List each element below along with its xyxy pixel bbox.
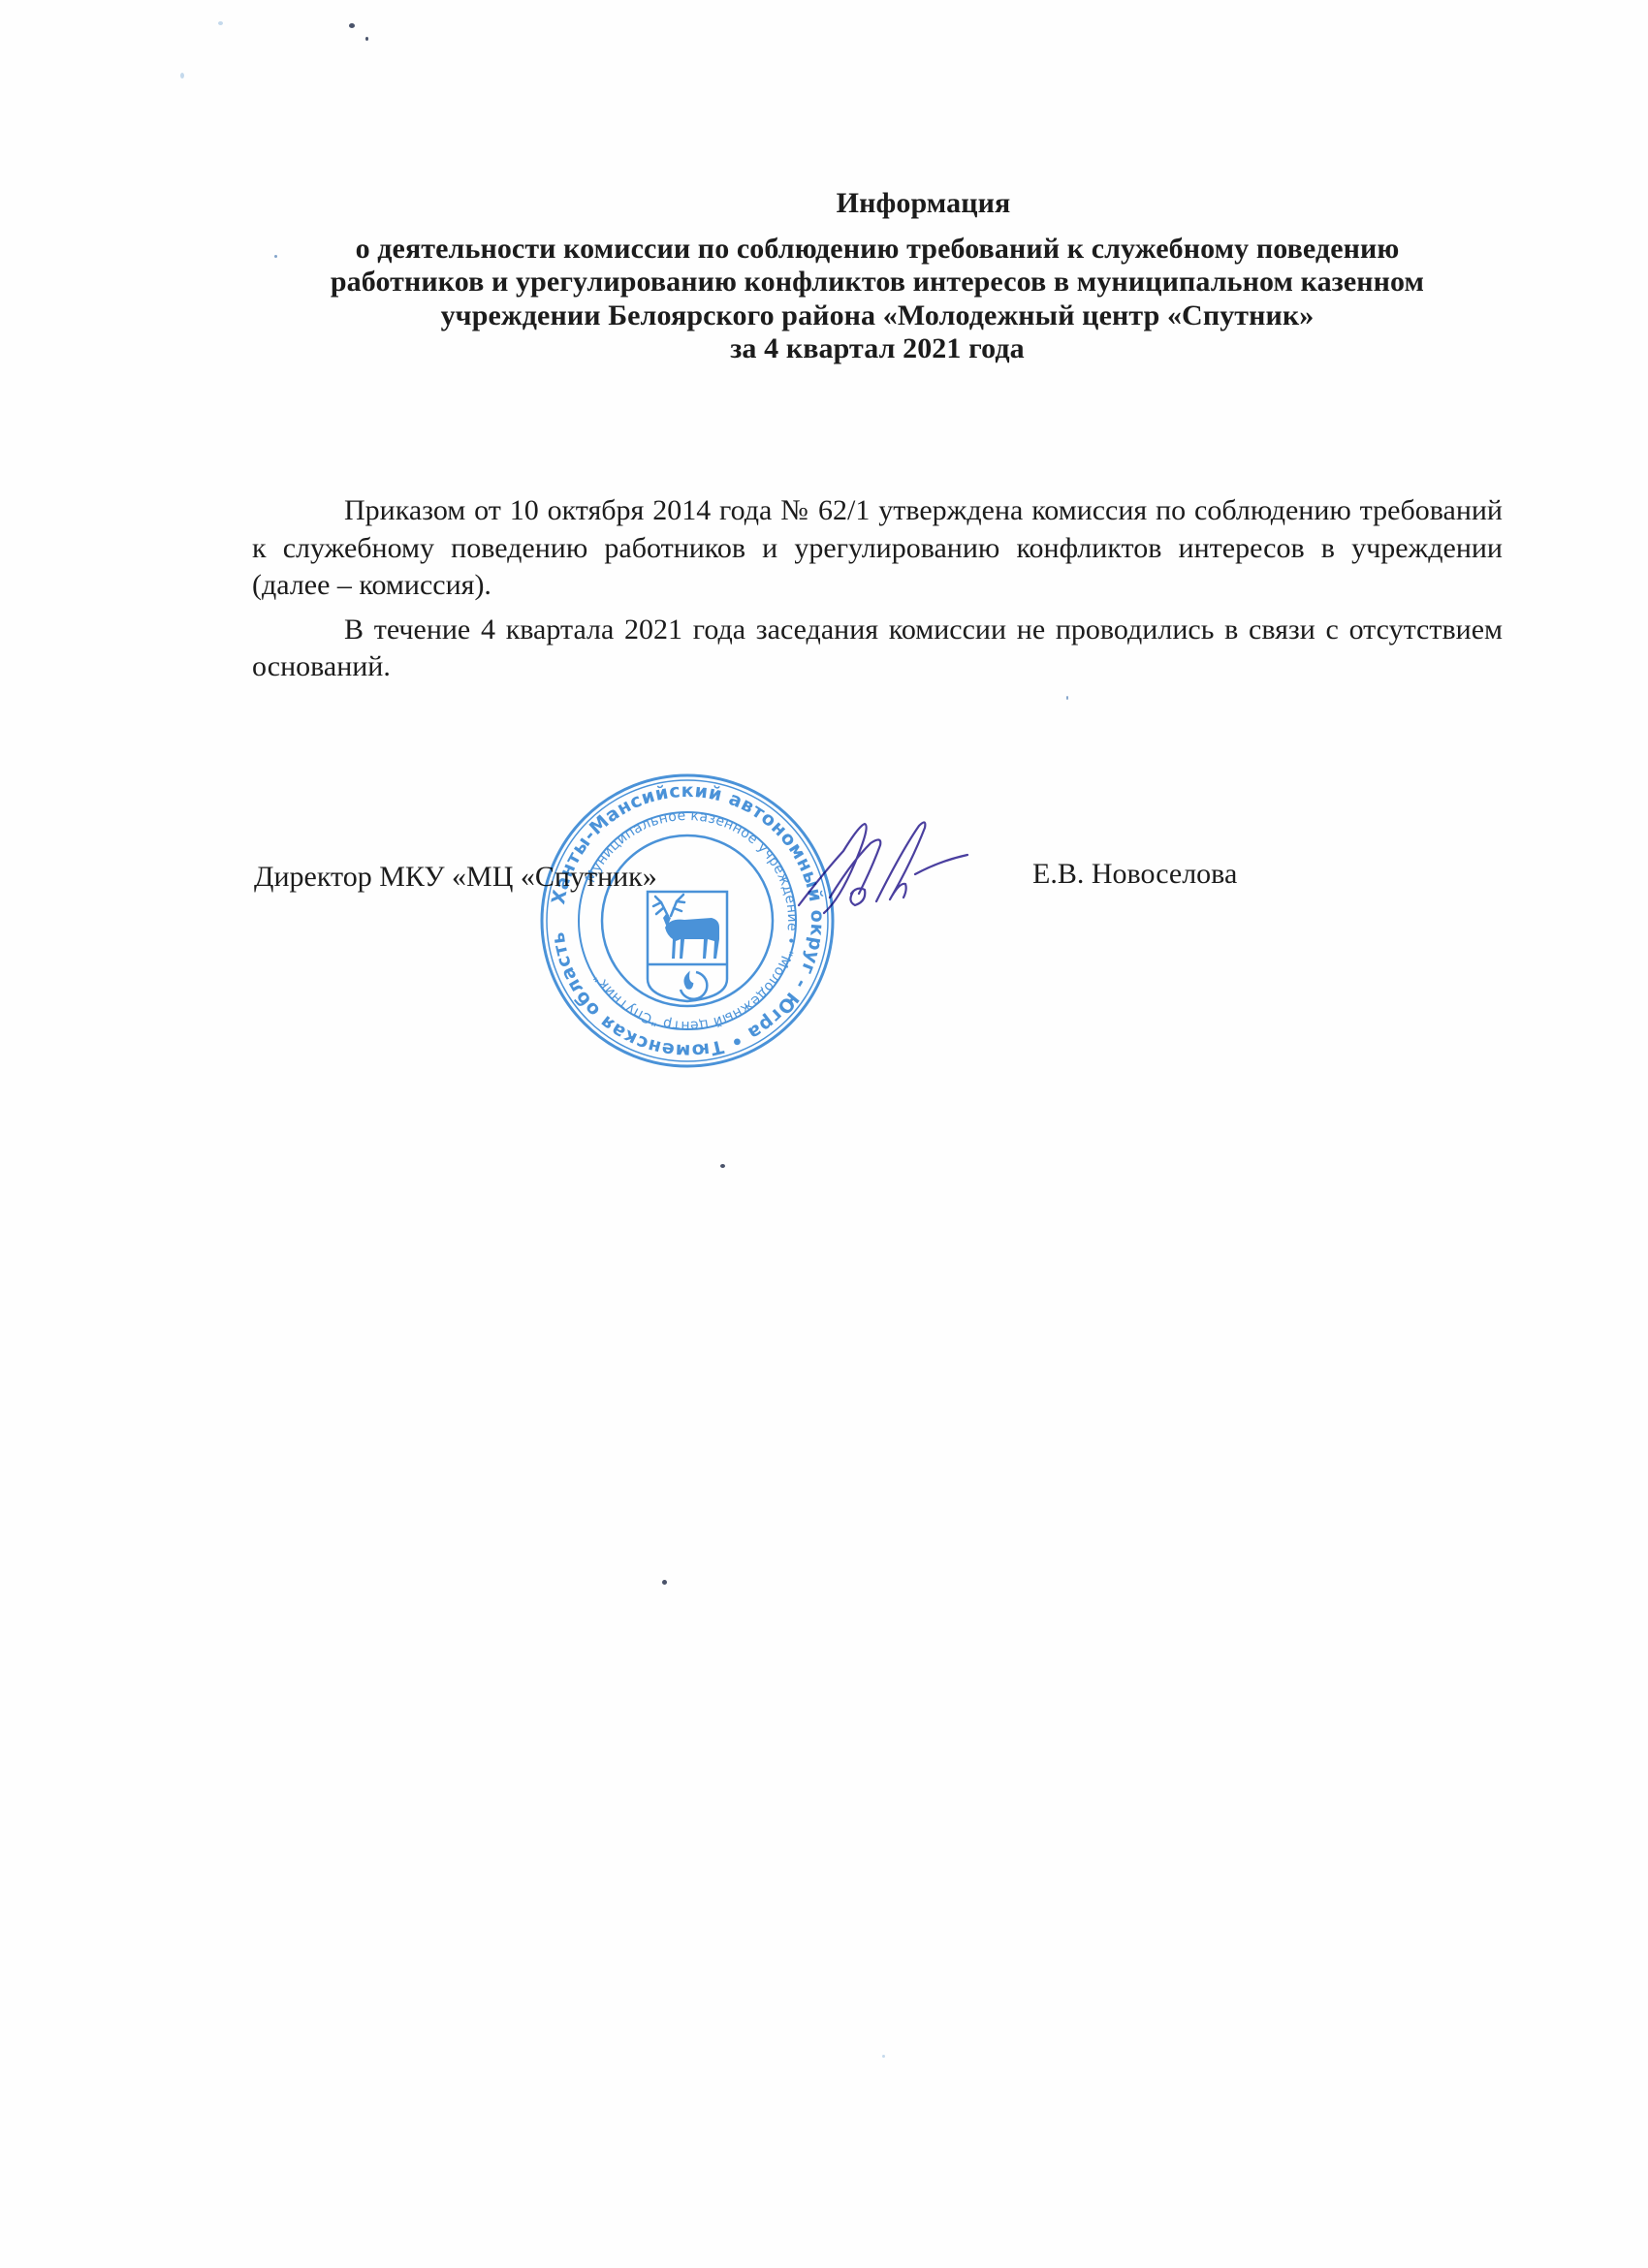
scan-speck <box>349 23 355 28</box>
body-paragraph: Приказом от 10 октября 2014 года № 62/1 … <box>252 492 1503 605</box>
official-stamp-icon: Ханты-Мансийский автономный округ - Югра… <box>539 772 836 1069</box>
title-line: работников и урегулированию конфликтов и… <box>252 266 1503 299</box>
document-title: Информация о деятельности комиссии по со… <box>252 187 1503 366</box>
document-body: Приказом от 10 октября 2014 года № 62/1 … <box>252 492 1503 686</box>
scan-speck <box>180 73 184 79</box>
body-paragraph: В течение 4 квартала 2021 года заседания… <box>252 612 1503 686</box>
scan-speck <box>218 21 223 25</box>
scan-speck <box>365 37 368 41</box>
title-line: за 4 квартал 2021 года <box>252 332 1503 366</box>
document-page: Информация о деятельности комиссии по со… <box>0 0 1648 2268</box>
handwritten-signature-icon <box>795 804 989 930</box>
signatory-name: Е.В. Новоселова <box>1032 858 1237 891</box>
scan-speck <box>1066 696 1068 700</box>
title-line: о деятельности комиссии по соблюдению тр… <box>252 233 1503 267</box>
scan-speck <box>720 1164 725 1168</box>
scan-speck <box>662 1580 667 1585</box>
title-heading: Информация <box>344 187 1503 221</box>
title-line: учреждении Белоярского района «Молодежны… <box>252 299 1503 333</box>
scan-speck <box>882 2055 885 2058</box>
